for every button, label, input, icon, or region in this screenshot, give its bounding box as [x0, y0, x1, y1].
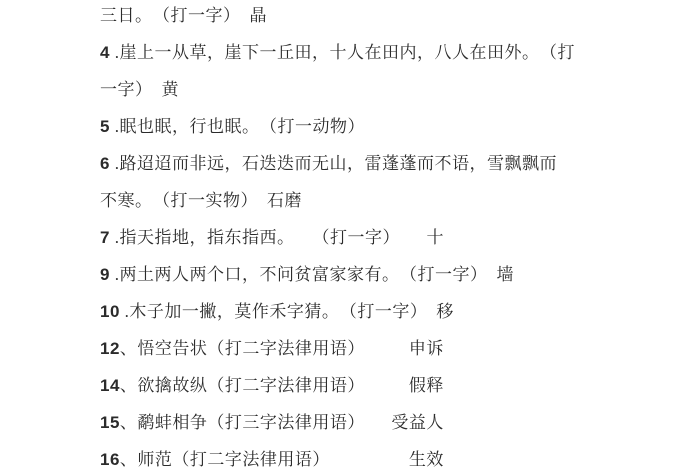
document-page: 三日。 （打一字） 晶 4 .崖上一从草，崖下一丘田，十人在田内，八人在田外。 …: [0, 0, 700, 467]
riddle-text: .眠也眠，行也眠。 （打一动物）: [110, 117, 365, 136]
riddle-text: 、悟空告状（打二字法律用语） 申诉: [120, 339, 444, 358]
riddle-text: 、师范（打二字法律用语） 生效: [120, 450, 444, 469]
riddle-number: 12: [100, 339, 120, 358]
riddle-text: .崖上一从草，崖下一丘田，十人在田内，八人在田外。 （打: [110, 43, 575, 62]
riddle-text: .指天指地，指东指西。 （打一字） 十: [110, 228, 444, 247]
riddle-text: .木子加一撇，莫作禾字猜。 （打一字） 移: [120, 302, 454, 321]
riddle-line: 10 .木子加一撇，莫作禾字猜。 （打一字） 移: [100, 293, 700, 330]
riddle-line: 12、悟空告状（打二字法律用语） 申诉: [100, 330, 700, 367]
riddle-number: 14: [100, 376, 120, 395]
riddle-line: 14、欲擒故纵（打二字法律用语） 假释: [100, 367, 700, 404]
riddle-line: 9 .两土两人两个口，不问贫富家家有。 （打一字） 墙: [100, 256, 700, 293]
riddle-line: 6 .路迢迢而非远，石迭迭而无山，雷蓬蓬而不语，雪飘飘而: [100, 145, 700, 182]
riddle-line: 16、师范（打二字法律用语） 生效: [100, 441, 700, 470]
riddle-text: 、鹬蚌相争（打三字法律用语） 受益人: [120, 413, 444, 432]
riddle-number: 4: [100, 43, 110, 62]
riddle-number: 6: [100, 154, 110, 173]
riddle-line: 15、鹬蚌相争（打三字法律用语） 受益人: [100, 404, 700, 441]
riddle-text: 三日。 （打一字） 晶: [100, 6, 267, 25]
riddle-line: 三日。 （打一字） 晶: [100, 0, 700, 34]
riddle-line: 一字） 黄: [100, 71, 700, 108]
riddle-number: 10: [100, 302, 120, 321]
riddle-line: 7 .指天指地，指东指西。 （打一字） 十: [100, 219, 700, 256]
riddle-text: 、欲擒故纵（打二字法律用语） 假释: [120, 376, 444, 395]
riddle-number: 15: [100, 413, 120, 432]
riddle-text: 一字） 黄: [100, 80, 179, 99]
riddle-text: 不寒。 （打一实物） 石磨: [100, 191, 302, 210]
riddle-line: 4 .崖上一从草，崖下一丘田，十人在田内，八人在田外。 （打: [100, 34, 700, 71]
riddle-number: 16: [100, 450, 120, 469]
riddle-number: 7: [100, 228, 110, 247]
riddle-text: .两土两人两个口，不问贫富家家有。 （打一字） 墙: [110, 265, 514, 284]
riddle-line: 5 .眠也眠，行也眠。 （打一动物）: [100, 108, 700, 145]
riddle-line: 不寒。 （打一实物） 石磨: [100, 182, 700, 219]
riddle-number: 5: [100, 117, 110, 136]
riddle-text: .路迢迢而非远，石迭迭而无山，雷蓬蓬而不语，雪飘飘而: [110, 154, 557, 173]
riddle-number: 9: [100, 265, 110, 284]
